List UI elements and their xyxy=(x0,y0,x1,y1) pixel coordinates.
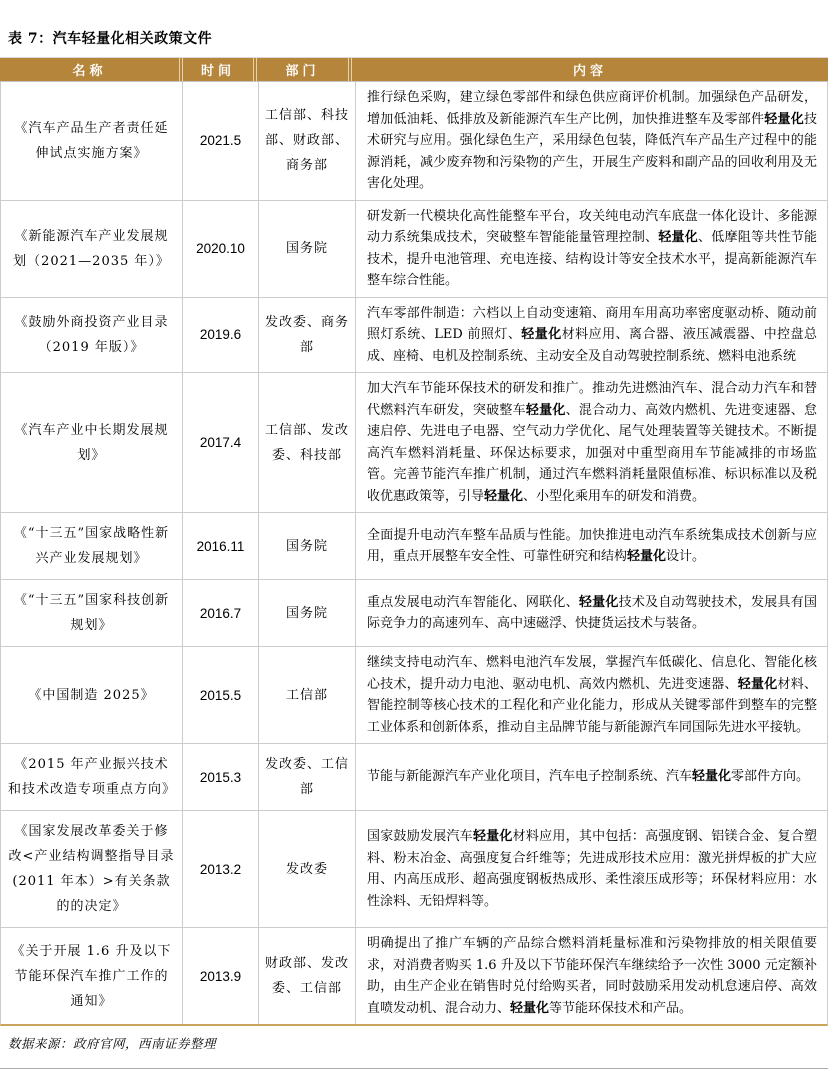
policy-content-cell: 汽车零部件制造：六档以上自动变速箱、商用车用高功率密度驱动桥、随动前照灯系统、L… xyxy=(356,298,827,373)
policy-date-cell: 2019.6 xyxy=(183,298,259,373)
table-row: 《鼓励外商投资产业目录（2019 年版）》 2019.6 发改委、商务部 汽车零… xyxy=(1,298,827,374)
policy-name-cell: 《国家发展改革委关于修改<产业结构调整指导目录(2011 年本）>有关条款的的决… xyxy=(1,811,183,927)
policy-department-cell: 国务院 xyxy=(259,513,356,579)
policy-content-cell: 研发新一代模块化高性能整车平台，攻关纯电动汽车底盘一体化设计、多能源动力系统集成… xyxy=(356,201,827,297)
table-row: 《“十三五”国家科技创新规划》 2016.7 国务院 重点发展电动汽车智能化、网… xyxy=(1,580,827,647)
column-header-date: 时间 xyxy=(183,58,253,81)
data-source-note: 数据来源：政府官网，西南证券整理 xyxy=(8,1034,828,1052)
table-row: 《新能源汽车产业发展规划（2021—2035 年）》 2020.10 国务院 研… xyxy=(1,201,827,298)
column-header-name: 名称 xyxy=(0,58,179,81)
policy-department-cell: 工信部 xyxy=(259,647,356,743)
policy-date-cell: 2013.9 xyxy=(183,928,259,1024)
policy-content-text: 研发新一代模块化高性能整车平台，攻关纯电动汽车底盘一体化设计、多能源动力系统集成… xyxy=(367,206,817,292)
policy-content-cell: 节能与新能源汽车产业化项目，汽车电子控制系统、汽车轻量化零部件方向。 xyxy=(356,744,827,810)
policy-content-cell: 明确提出了推广车辆的产品综合燃料消耗量标准和污染物排放的相关限值要求，对消费者购… xyxy=(356,928,827,1024)
policy-name-cell: 《“十三五”国家科技创新规划》 xyxy=(1,580,183,646)
table-row: 《国家发展改革委关于修改<产业结构调整指导目录(2011 年本）>有关条款的的决… xyxy=(1,811,827,928)
table-row: 《汽车产业中长期发展规划》 2017.4 工信部、发改委、科技部 加大汽车节能环… xyxy=(1,373,827,513)
table-row: 《汽车产品生产者责任延伸试点实施方案》 2021.5 工信部、科技部、财政部、商… xyxy=(1,82,827,201)
policy-name-cell: 《中国制造 2025》 xyxy=(1,647,183,743)
page-bottom-divider xyxy=(0,1068,828,1072)
policy-content-cell: 加大汽车节能环保技术的研发和推广。推动先进燃油汽车、混合动力汽车和替代燃料汽车研… xyxy=(356,373,827,512)
policy-name-cell: 《关于开展 1.6 升及以下节能环保汽车推广工作的通知》 xyxy=(1,928,183,1024)
policy-content-cell: 推行绿色采购，建立绿色零部件和绿色供应商评价机制。加强绿色产品研发，增加低油耗、… xyxy=(356,82,827,200)
table-title: 表 7：汽车轻量化相关政策文件 xyxy=(8,28,828,48)
policy-name-cell: 《2015 年产业振兴技术和技术改造专项重点方向》 xyxy=(1,744,183,810)
policy-content-text: 推行绿色采购，建立绿色零部件和绿色供应商评价机制。加强绿色产品研发，增加低油耗、… xyxy=(367,87,817,195)
policy-content-text: 继续支持电动汽车、燃料电池汽车发展，掌握汽车低碳化、信息化、智能化核心技术，提升… xyxy=(367,652,817,738)
policy-department-cell: 发改委、工信部 xyxy=(259,744,356,810)
column-header-content: 内容 xyxy=(352,58,828,81)
table-row: 《2015 年产业振兴技术和技术改造专项重点方向》 2015.3 发改委、工信部… xyxy=(1,744,827,811)
policy-name-cell: 《“十三五”国家战略性新兴产业发展规划》 xyxy=(1,513,183,579)
policy-department-cell: 工信部、发改委、科技部 xyxy=(259,373,356,512)
policy-date-cell: 2016.11 xyxy=(183,513,259,579)
policy-date-cell: 2015.5 xyxy=(183,647,259,743)
policy-name-cell: 《汽车产业中长期发展规划》 xyxy=(1,373,183,512)
table-row: 《中国制造 2025》 2015.5 工信部 继续支持电动汽车、燃料电池汽车发展… xyxy=(1,647,827,744)
column-header-department: 部门 xyxy=(257,58,348,81)
policy-content-cell: 重点发展电动汽车智能化、网联化、轻量化技术及自动驾驶技术，发展具有国际竞争力的高… xyxy=(356,580,827,646)
policy-date-cell: 2015.3 xyxy=(183,744,259,810)
policy-date-cell: 2013.2 xyxy=(183,811,259,927)
report-page: 表 7：汽车轻量化相关政策文件 名称 时间 部门 内容 《汽车产品生产者责任延伸… xyxy=(0,28,828,1072)
policy-date-cell: 2020.10 xyxy=(183,201,259,297)
policy-content-cell: 继续支持电动汽车、燃料电池汽车发展，掌握汽车低碳化、信息化、智能化核心技术，提升… xyxy=(356,647,827,743)
policy-name-cell: 《新能源汽车产业发展规划（2021—2035 年）》 xyxy=(1,201,183,297)
policy-date-cell: 2016.7 xyxy=(183,580,259,646)
policy-table: 名称 时间 部门 内容 《汽车产品生产者责任延伸试点实施方案》 2021.5 工… xyxy=(0,57,828,1026)
table-body: 《汽车产品生产者责任延伸试点实施方案》 2021.5 工信部、科技部、财政部、商… xyxy=(0,82,828,1026)
policy-content-text: 明确提出了推广车辆的产品综合燃料消耗量标准和污染物排放的相关限值要求，对消费者购… xyxy=(367,933,817,1019)
table-header-row: 名称 时间 部门 内容 xyxy=(0,57,828,82)
policy-content-text: 加大汽车节能环保技术的研发和推广。推动先进燃油汽车、混合动力汽车和替代燃料汽车研… xyxy=(367,378,817,507)
policy-department-cell: 发改委 xyxy=(259,811,356,927)
policy-department-cell: 发改委、商务部 xyxy=(259,298,356,373)
policy-content-text: 节能与新能源汽车产业化项目，汽车电子控制系统、汽车轻量化零部件方向。 xyxy=(367,766,817,788)
table-row: 《“十三五”国家战略性新兴产业发展规划》 2016.11 国务院 全面提升电动汽… xyxy=(1,513,827,580)
policy-content-cell: 国家鼓励发展汽车轻量化材料应用，其中包括：高强度钢、铝镁合金、复合塑料、粉末冶金… xyxy=(356,811,827,927)
policy-date-cell: 2017.4 xyxy=(183,373,259,512)
policy-department-cell: 国务院 xyxy=(259,580,356,646)
policy-content-text: 全面提升电动汽车整车品质与性能。加快推进电动汽车系统集成技术创新与应用，重点开展… xyxy=(367,525,817,568)
policy-department-cell: 国务院 xyxy=(259,201,356,297)
policy-content-text: 汽车零部件制造：六档以上自动变速箱、商用车用高功率密度驱动桥、随动前照灯系统、L… xyxy=(367,303,817,368)
policy-content-text: 重点发展电动汽车智能化、网联化、轻量化技术及自动驾驶技术，发展具有国际竞争力的高… xyxy=(367,592,817,635)
policy-content-cell: 全面提升电动汽车整车品质与性能。加快推进电动汽车系统集成技术创新与应用，重点开展… xyxy=(356,513,827,579)
policy-content-text: 国家鼓励发展汽车轻量化材料应用，其中包括：高强度钢、铝镁合金、复合塑料、粉末冶金… xyxy=(367,826,817,912)
policy-date-cell: 2021.5 xyxy=(183,82,259,200)
table-row: 《关于开展 1.6 升及以下节能环保汽车推广工作的通知》 2013.9 财政部、… xyxy=(1,928,827,1024)
policy-name-cell: 《汽车产品生产者责任延伸试点实施方案》 xyxy=(1,82,183,200)
policy-department-cell: 工信部、科技部、财政部、商务部 xyxy=(259,82,356,200)
policy-name-cell: 《鼓励外商投资产业目录（2019 年版）》 xyxy=(1,298,183,373)
policy-department-cell: 财政部、发改委、工信部 xyxy=(259,928,356,1024)
